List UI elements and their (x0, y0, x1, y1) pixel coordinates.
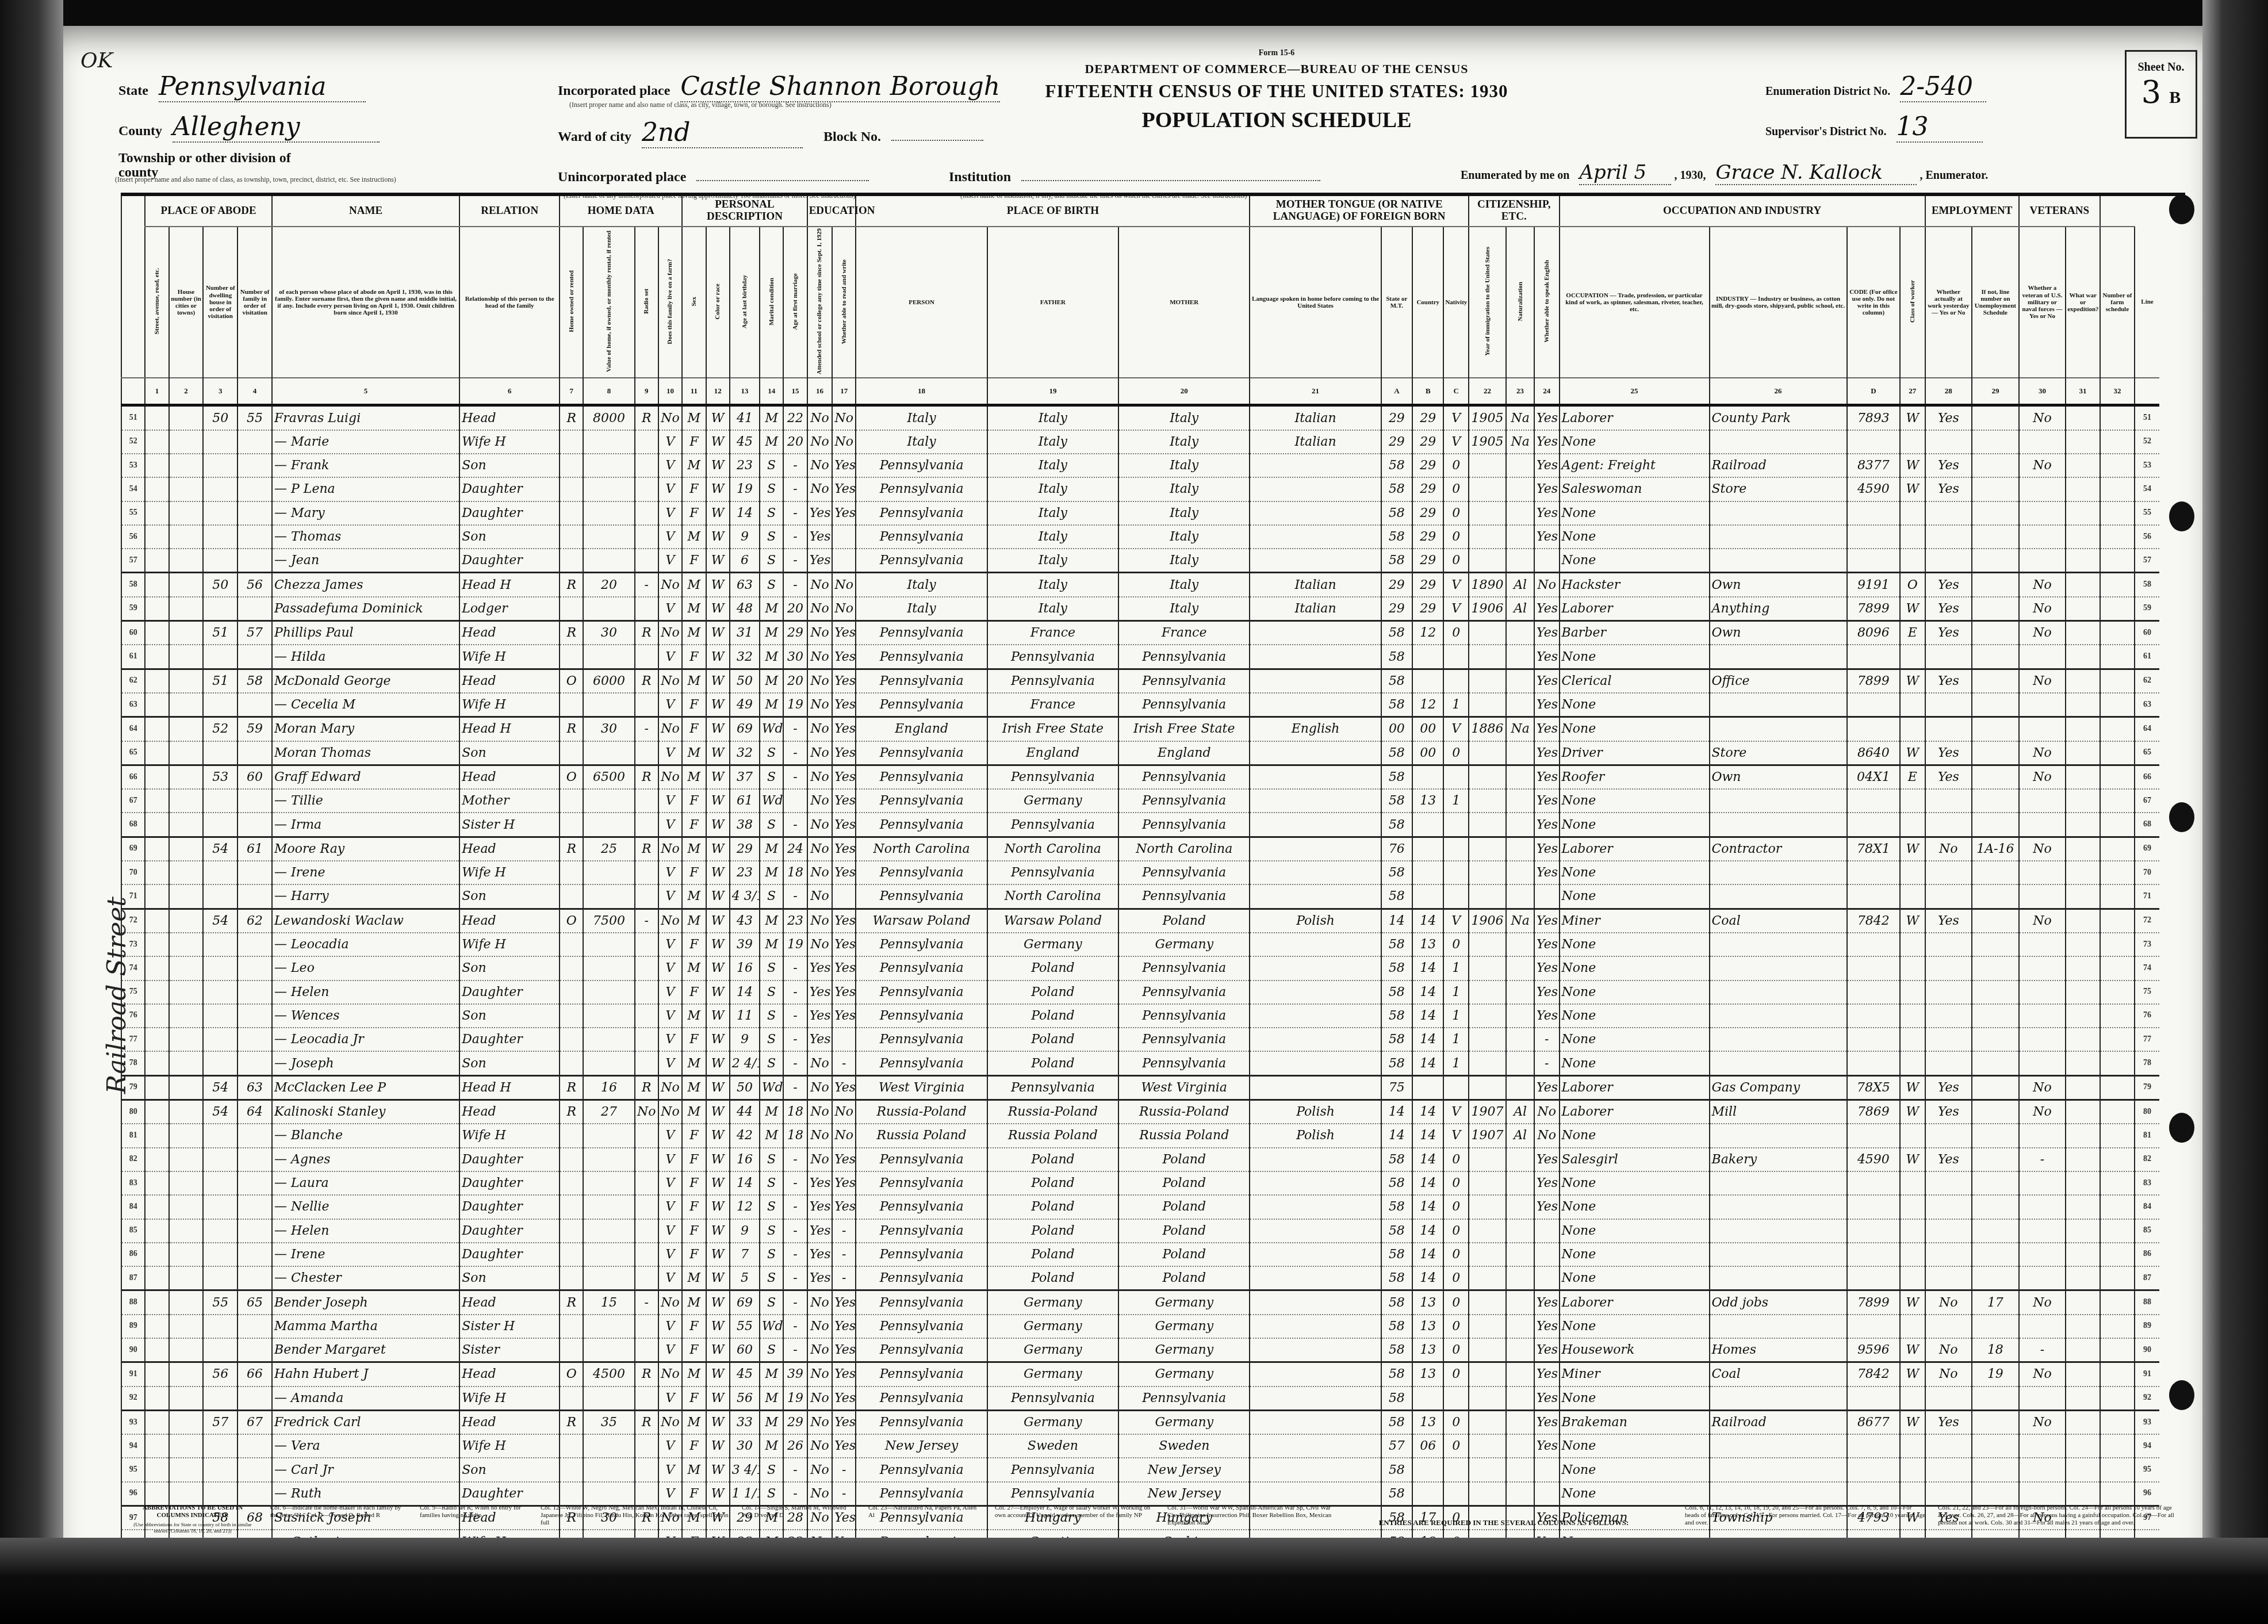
column-number: 31 (2066, 378, 2100, 405)
cell-industry: Railroad (1710, 1410, 1847, 1434)
cell-pob-father: Pennsylvania (987, 1386, 1118, 1411)
cell-worker (1900, 1219, 1925, 1243)
cell-age-married: - (783, 1338, 807, 1362)
cell-veteran: No (2019, 741, 2066, 765)
cell-sex: M (682, 597, 706, 621)
cell-english (1534, 549, 1560, 573)
cell-code-b: 29 (1412, 405, 1443, 430)
cell-street (145, 813, 168, 837)
cell-pob-father: Italy (987, 430, 1118, 454)
cell-code-c: V (1443, 573, 1469, 597)
cell-war (2066, 597, 2100, 621)
cell-read (832, 525, 856, 549)
cell-family (237, 884, 272, 909)
cell-name: — Marie (272, 430, 459, 454)
cell-farm-sched (2100, 765, 2135, 789)
cell-street (145, 1051, 168, 1075)
cell-radio: R (635, 837, 658, 861)
cell-race: W (706, 430, 730, 454)
cell-sex: M (682, 956, 706, 980)
line-number: 68 (121, 813, 145, 837)
column-group-header: OCCUPATION AND INDUSTRY (1560, 196, 1925, 227)
cell-sex: F (682, 1028, 706, 1051)
cell-english: Yes (1534, 765, 1560, 789)
cell-relation: Son (459, 884, 560, 909)
cell-age: 2 4/12 (730, 1051, 760, 1075)
cell-english: Yes (1534, 909, 1560, 933)
cell-pob-mother: Italy (1118, 405, 1250, 430)
cell-code-a: 58 (1381, 501, 1412, 525)
cell-unemp (1972, 573, 2019, 597)
cell-veteran: No (2019, 1362, 2066, 1386)
cell-radio (635, 1004, 658, 1028)
cell-dwelling (203, 1219, 237, 1243)
cell-language: Polish (1250, 909, 1381, 933)
cell-dwelling: 51 (203, 669, 237, 693)
column-group-header: EMPLOYMENT (1925, 196, 2019, 227)
cell-sex: M (682, 1075, 706, 1100)
ed-label: Enumeration District No. (1765, 85, 1890, 98)
county-label: County (118, 124, 162, 139)
cell-unemp (1972, 956, 2019, 980)
cell-code-c: 0 (1443, 1362, 1469, 1386)
column-header: Whether able to read and write (832, 227, 856, 378)
cell-dwelling (203, 1004, 237, 1028)
cell-age-married: 26 (783, 1434, 807, 1458)
column-number: 1 (145, 378, 168, 405)
cell-worker (1900, 1434, 1925, 1458)
column-number: 6 (459, 378, 560, 405)
cell-code-d (1847, 1434, 1900, 1458)
cell-relation: Wife H (459, 430, 560, 454)
column-number: 30 (2019, 378, 2066, 405)
column-number: 19 (987, 378, 1118, 405)
column-header: What war or expedition? (2066, 227, 2100, 378)
cell-code-a: 58 (1381, 813, 1412, 837)
cell-race: W (706, 597, 730, 621)
census-row: 645259Moran MaryHead HR30-NoFW69Wd-NoYes… (121, 717, 2185, 741)
cell-age: 56 (730, 1386, 760, 1411)
cell-house (169, 1075, 204, 1100)
cell-code-d (1847, 980, 1900, 1004)
cell-name: — Joseph (272, 1051, 459, 1075)
cell-race: W (706, 525, 730, 549)
column-header-label: Number of family in order of visitation (240, 289, 270, 316)
column-number: 2 (169, 378, 204, 405)
cell-immig (1469, 669, 1506, 693)
cell-language (1250, 1171, 1381, 1195)
cell-relation: Mother (459, 789, 560, 813)
cell-family: 65 (237, 1290, 272, 1315)
cell-pob-mother: New Jersey (1118, 1458, 1250, 1481)
cell-sex: M (682, 1266, 706, 1290)
census-row: 94— VeraWife HVFW30M26NoYesNew JerseySwe… (121, 1434, 2185, 1458)
cell-code-b: 14 (1412, 1148, 1443, 1171)
cell-read: Yes (832, 1148, 856, 1171)
cell-immig (1469, 1362, 1506, 1386)
cell-house (169, 549, 204, 573)
cell-pob: Pennsylvania (856, 1338, 987, 1362)
cell-name: Graff Edward (272, 765, 459, 789)
cell-pob-father: Poland (987, 1219, 1118, 1243)
cell-farm: V (658, 933, 682, 956)
cell-code-b (1412, 1386, 1443, 1411)
cell-street (145, 1124, 168, 1147)
cell-name: — Helen (272, 980, 459, 1004)
cell-veteran (2019, 1434, 2066, 1458)
cell-pob-mother: Pennsylvania (1118, 789, 1250, 813)
cell-english: Yes (1534, 1171, 1560, 1195)
cell-pob: Pennsylvania (856, 1410, 987, 1434)
cell-worker (1900, 1266, 1925, 1290)
census-row: 915666Hahn Hubert JHeadO4500RNoMW45M39No… (121, 1362, 2185, 1386)
cell-code-a: 58 (1381, 477, 1412, 501)
cell-code-b (1412, 1458, 1443, 1481)
cell-owned: R (560, 573, 583, 597)
ward-field: Ward of city 2nd Block No. (558, 118, 983, 148)
cell-immig (1469, 741, 1506, 765)
cell-english: Yes (1534, 1434, 1560, 1458)
cell-relation: Daughter (459, 1148, 560, 1171)
cell-pob-mother: Pennsylvania (1118, 1051, 1250, 1075)
cell-sex: F (682, 1195, 706, 1219)
census-row: 585056Chezza JamesHead HR20-NoMW63S-NoNo… (121, 573, 2185, 597)
cell-radio (635, 813, 658, 837)
cell-occupation: None (1560, 1051, 1710, 1075)
line-number: 85 (2135, 1219, 2159, 1243)
cell-radio (635, 1171, 658, 1195)
cell-dwelling (203, 1386, 237, 1411)
cell-unemp (1972, 669, 2019, 693)
cell-code-d (1847, 861, 1900, 884)
column-header: Marital condition (760, 227, 783, 378)
cell-industry: Own (1710, 621, 1847, 645)
cell-code-c: 0 (1443, 1266, 1469, 1290)
incorporated-place-field: Incorporated place Castle Shannon Boroug… (558, 72, 1000, 102)
cell-natur (1506, 1362, 1534, 1386)
cell-industry (1710, 430, 1847, 454)
cell-owned (560, 1243, 583, 1266)
line-number: 94 (2135, 1434, 2159, 1458)
cell-immig (1469, 1386, 1506, 1411)
cell-read: - (832, 1458, 856, 1481)
cell-house (169, 909, 204, 933)
cell-name: — Thomas (272, 525, 459, 549)
line-number: 51 (121, 405, 145, 430)
cell-street (145, 909, 168, 933)
cell-age: 61 (730, 789, 760, 813)
cell-owned (560, 813, 583, 837)
cell-unemp (1972, 1386, 2019, 1411)
cell-code-b: 29 (1412, 549, 1443, 573)
cell-code-c: 1 (1443, 956, 1469, 980)
cell-english: Yes (1534, 645, 1560, 669)
column-group-header: EDUCATION (807, 196, 856, 227)
cell-school: No (807, 1458, 832, 1481)
cell-age-married: 18 (783, 1100, 807, 1124)
cell-english: Yes (1534, 741, 1560, 765)
cell-dwelling (203, 1124, 237, 1147)
cell-name: — Blanche (272, 1124, 459, 1147)
cell-farm: V (658, 1124, 682, 1147)
cell-language (1250, 789, 1381, 813)
line-number: 87 (2135, 1266, 2159, 1290)
cell-pob-father: Irish Free State (987, 717, 1118, 741)
line-number: 76 (121, 1004, 145, 1028)
cell-code-d: 7842 (1847, 1362, 1900, 1386)
cell-dwelling (203, 454, 237, 477)
census-row: 81— BlancheWife HVFW42M18NoNoRussia Pola… (121, 1124, 2185, 1147)
cell-school: Yes (807, 525, 832, 549)
cell-industry (1710, 933, 1847, 956)
cell-sex: M (682, 765, 706, 789)
cell-street (145, 837, 168, 861)
cell-value: 4500 (583, 1362, 634, 1386)
cell-street (145, 1195, 168, 1219)
cell-house (169, 1386, 204, 1411)
corner-mark: OK (81, 49, 113, 72)
cell-family (237, 1458, 272, 1481)
cell-at-work (1925, 1124, 1972, 1147)
sd-label: Supervisor's District No. (1765, 125, 1887, 138)
line-number: 71 (2135, 884, 2159, 909)
column-number: 29 (1972, 378, 2019, 405)
cell-age-married: - (783, 956, 807, 980)
cell-pob-father: Germany (987, 1362, 1118, 1386)
block-label: Block No. (823, 129, 881, 144)
cell-owned: O (560, 669, 583, 693)
cell-farm: No (658, 1100, 682, 1124)
cell-industry (1710, 1004, 1847, 1028)
census-row: 67— TillieMotherVFW61WdNoYesPennsylvania… (121, 789, 2185, 813)
cell-industry (1710, 980, 1847, 1004)
cell-pob: Pennsylvania (856, 1195, 987, 1219)
cell-pob: Pennsylvania (856, 1148, 987, 1171)
cell-dwelling (203, 501, 237, 525)
cell-language: Polish (1250, 1124, 1381, 1147)
cell-unemp (1972, 1458, 2019, 1481)
state-value: Pennsylvania (159, 72, 366, 102)
cell-house (169, 789, 204, 813)
cell-code-a: 29 (1381, 430, 1412, 454)
cell-farm-sched (2100, 669, 2135, 693)
cell-family (237, 1266, 272, 1290)
cell-radio (635, 1051, 658, 1075)
cell-occupation: None (1560, 1266, 1710, 1290)
enumerator-label: , Enumerator. (1920, 169, 1988, 182)
cell-language (1250, 980, 1381, 1004)
cell-school: No (807, 1051, 832, 1075)
cell-code-a: 58 (1381, 1004, 1412, 1028)
cell-unemp (1972, 1075, 2019, 1100)
cell-worker (1900, 1386, 1925, 1411)
cell-age: 14 (730, 501, 760, 525)
cell-farm: V (658, 693, 682, 717)
cell-code-c (1443, 813, 1469, 837)
cell-pob-father: Poland (987, 1028, 1118, 1051)
line-number: 77 (2135, 1028, 2159, 1051)
cell-veteran (2019, 861, 2066, 884)
cell-language (1250, 621, 1381, 645)
cell-age-married: - (783, 573, 807, 597)
cell-worker (1900, 813, 1925, 837)
cell-worker (1900, 1028, 1925, 1051)
cell-unemp (1972, 861, 2019, 884)
column-header: Country (1412, 227, 1443, 378)
line-number: 82 (2135, 1148, 2159, 1171)
cell-pob: Pennsylvania (856, 980, 987, 1004)
cell-farm-sched (2100, 933, 2135, 956)
cell-war (2066, 1219, 2100, 1243)
column-number: D (1847, 378, 1900, 405)
cell-occupation: Hackster (1560, 573, 1710, 597)
cell-code-c (1443, 884, 1469, 909)
cell-street (145, 1338, 168, 1362)
line-number: 57 (121, 549, 145, 573)
cell-pob-mother: Germany (1118, 1315, 1250, 1338)
cell-industry (1710, 1219, 1847, 1243)
cell-industry: Store (1710, 741, 1847, 765)
cell-code-b (1412, 861, 1443, 884)
cell-english: - (1534, 1028, 1560, 1051)
cell-read: Yes (832, 1290, 856, 1315)
block-value (891, 140, 983, 141)
cell-natur (1506, 454, 1534, 477)
cell-english: Yes (1534, 1410, 1560, 1434)
cell-occupation: Laborer (1560, 1075, 1710, 1100)
cell-school: No (807, 597, 832, 621)
cell-value (583, 980, 634, 1004)
cell-farm-sched (2100, 813, 2135, 837)
line-number: 77 (121, 1028, 145, 1051)
cell-radio (635, 549, 658, 573)
cell-school: No (807, 1148, 832, 1171)
abbrev-title: ABBREVIATIONS TO BE USED IN COLUMNS INDI… (127, 1504, 259, 1519)
cell-street (145, 884, 168, 909)
cell-family (237, 430, 272, 454)
cell-english: Yes (1534, 1004, 1560, 1028)
cell-street (145, 693, 168, 717)
cell-code-a: 58 (1381, 1290, 1412, 1315)
census-row: 605157Phillips PaulHeadR30RNoMW31M29NoYe… (121, 621, 2185, 645)
line-number: 59 (2135, 597, 2159, 621)
cell-code-d (1847, 1171, 1900, 1195)
cell-age: 7 (730, 1243, 760, 1266)
cell-code-a: 58 (1381, 1195, 1412, 1219)
cell-worker: W (1900, 837, 1925, 861)
cell-occupation: Miner (1560, 1362, 1710, 1386)
cell-race: W (706, 909, 730, 933)
cell-read (832, 1028, 856, 1051)
cell-farm: V (658, 1434, 682, 1458)
cell-radio (635, 789, 658, 813)
department: DEPARTMENT OF COMMERCE—BUREAU OF THE CEN… (966, 62, 1587, 76)
cell-code-c (1443, 837, 1469, 861)
line-number: 72 (2135, 909, 2159, 933)
cell-unemp (1972, 525, 2019, 549)
cell-name: — Irene (272, 1243, 459, 1266)
cell-read: Yes (832, 861, 856, 884)
cell-street (145, 645, 168, 669)
cell-war (2066, 693, 2100, 717)
cell-street (145, 1290, 168, 1315)
cell-house (169, 477, 204, 501)
cell-language (1250, 1028, 1381, 1051)
cell-code-d (1847, 884, 1900, 909)
cell-farm-sched (2100, 884, 2135, 909)
cell-immig: 1905 (1469, 405, 1506, 430)
cell-code-b: 29 (1412, 597, 1443, 621)
cell-english: Yes (1534, 430, 1560, 454)
cell-street (145, 1100, 168, 1124)
cell-language (1250, 1243, 1381, 1266)
column-number (2135, 378, 2159, 405)
cell-read: Yes (832, 837, 856, 861)
cell-language (1250, 884, 1381, 909)
cell-occupation: None (1560, 884, 1710, 909)
column-header: Radio set (635, 227, 658, 378)
cell-immig (1469, 1266, 1506, 1290)
cell-code-b: 29 (1412, 454, 1443, 477)
line-number: 88 (2135, 1290, 2159, 1315)
cell-marital: M (760, 1434, 783, 1458)
column-number (121, 378, 145, 405)
cell-language (1250, 1434, 1381, 1458)
column-number: 16 (807, 378, 832, 405)
cell-dwelling: 54 (203, 837, 237, 861)
cell-natur (1506, 813, 1534, 837)
cell-code-c: 1 (1443, 980, 1469, 1004)
cell-race: W (706, 669, 730, 693)
line-number: 84 (121, 1195, 145, 1219)
cell-read: Yes (832, 717, 856, 741)
cell-read: Yes (832, 669, 856, 693)
cell-language: Italian (1250, 597, 1381, 621)
cell-age-married: - (783, 1051, 807, 1075)
abbrev-col6: Col. 6—Indicate the home-maker in each f… (270, 1504, 408, 1519)
cell-family: 62 (237, 909, 272, 933)
column-header-label: Sex (691, 297, 698, 307)
cell-street (145, 1458, 168, 1481)
cell-language (1250, 454, 1381, 477)
cell-worker (1900, 1458, 1925, 1481)
cell-marital: S (760, 1243, 783, 1266)
cell-farm-sched (2100, 1290, 2135, 1315)
cell-natur (1506, 1315, 1534, 1338)
cell-age: 31 (730, 621, 760, 645)
cell-family (237, 501, 272, 525)
cell-occupation: None (1560, 430, 1710, 454)
cell-house (169, 741, 204, 765)
cell-code-a: 58 (1381, 454, 1412, 477)
cell-radio: R (635, 1075, 658, 1100)
cell-worker: W (1900, 597, 1925, 621)
county-field: County Allegheny (118, 112, 380, 143)
cell-age-married: - (783, 1243, 807, 1266)
cell-immig: 1906 (1469, 597, 1506, 621)
cell-natur (1506, 1075, 1534, 1100)
line-number: 55 (121, 501, 145, 525)
cell-radio (635, 1028, 658, 1051)
cell-family (237, 693, 272, 717)
cell-sex: F (682, 789, 706, 813)
cell-farm-sched (2100, 1219, 2135, 1243)
cell-marital: M (760, 1100, 783, 1124)
cell-unemp (1972, 405, 2019, 430)
cell-street (145, 1315, 168, 1338)
cell-pob-father: France (987, 621, 1118, 645)
cell-code-d: 78X5 (1847, 1075, 1900, 1100)
